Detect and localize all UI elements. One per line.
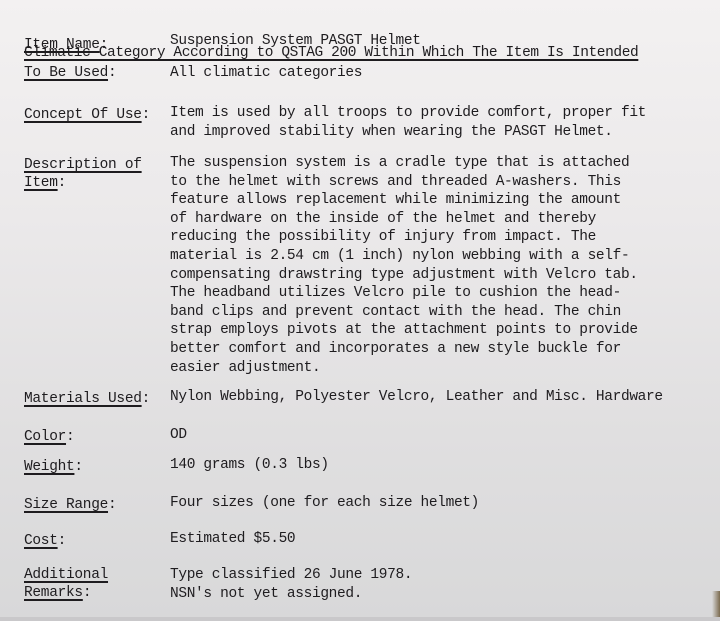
field-label: Materials Used: <box>24 390 150 408</box>
field-value: All climatic categories <box>170 64 362 83</box>
field-label: Weight: <box>24 458 83 476</box>
field-value: Item is used by all troops to provide co… <box>170 104 646 141</box>
field-label: Cost: <box>24 532 66 550</box>
field-label-line2: Remarks: <box>24 584 91 602</box>
field-label-line2: To Be Used: <box>24 64 116 82</box>
field-value: 140 grams (0.3 lbs) <box>170 456 329 475</box>
field-value: Four sizes (one for each size helmet) <box>170 494 479 513</box>
field-label: Size Range: <box>24 496 116 514</box>
field-label-line1: Additional <box>24 566 108 584</box>
field-label-line2: Item: <box>24 174 66 192</box>
field-label-line1: Description of <box>24 156 142 174</box>
field-value: Nylon Webbing, Polyester Velcro, Leather… <box>170 388 663 407</box>
field-label-line1: Climatic Category According to QSTAG 200… <box>24 44 638 62</box>
field-label: Color: <box>24 428 74 446</box>
document-page: Item Name: Suspension System PASGT Helme… <box>0 0 720 621</box>
page-bottom-edge <box>0 617 720 621</box>
field-value: OD <box>170 426 187 445</box>
field-value: Estimated $5.50 <box>170 530 295 549</box>
field-value: Type classified 26 June 1978. NSN's not … <box>170 566 412 603</box>
field-label: Concept Of Use: <box>24 106 150 124</box>
field-value: The suspension system is a cradle type t… <box>170 154 638 377</box>
